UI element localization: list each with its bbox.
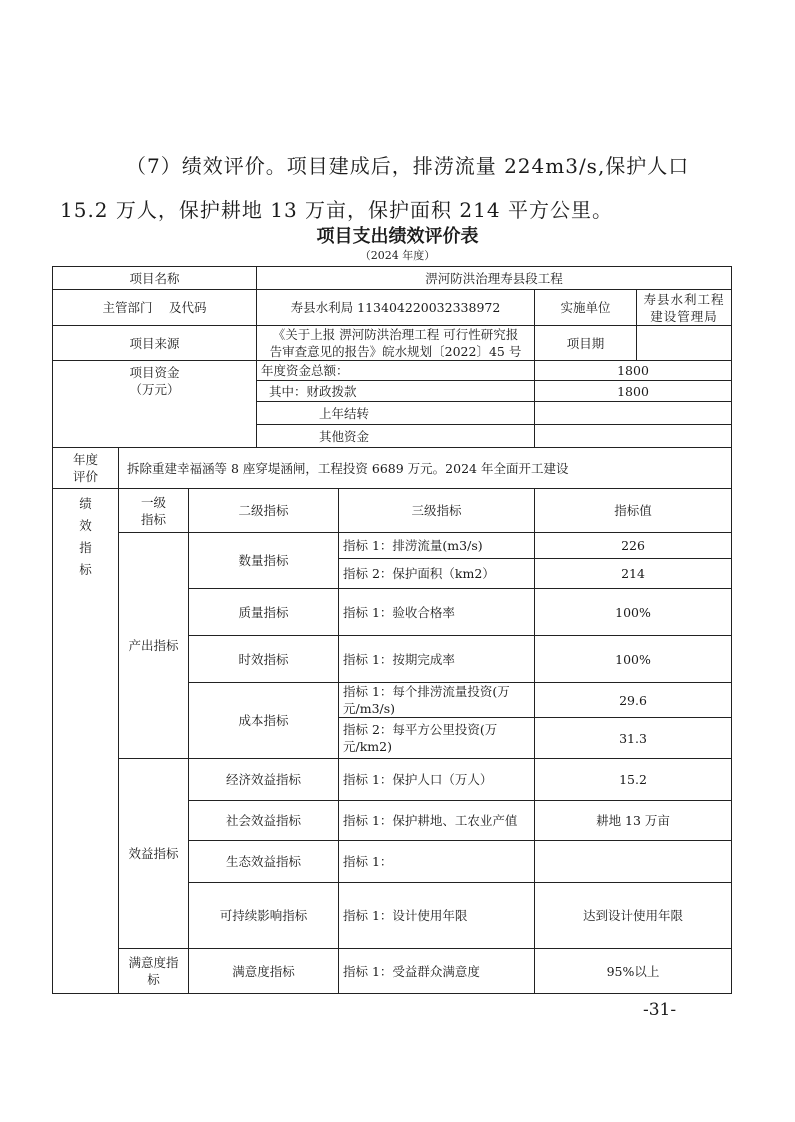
funds-carryover-label: 上年结转 — [256, 401, 535, 425]
annual-eval-label-line2: 评价 — [73, 468, 98, 485]
funds-label: 项目资金 （万元） — [52, 360, 257, 448]
level3-cell: 指标 1：验收合格率 — [338, 588, 535, 636]
value-cell: 31.3 — [534, 717, 732, 759]
funds-total-label: 年度资金总额： — [256, 360, 535, 381]
funds-other-label: 其他资金 — [256, 424, 535, 448]
quantity-indicator: 数量指标 — [188, 532, 339, 589]
annual-eval-label: 年度 评价 — [52, 447, 119, 489]
period-label: 项目期 — [534, 325, 637, 361]
level3-cell: 指标 1：按期完成率 — [338, 635, 535, 683]
ecological-benefit-indicator: 生态效益指标 — [188, 840, 339, 883]
side-char: 绩 — [79, 493, 92, 515]
benefit-indicators-label: 效益指标 — [118, 758, 189, 949]
project-name-value: 淠河防洪治理寿县段工程 — [256, 266, 732, 290]
source-label: 项目来源 — [52, 325, 257, 361]
level3-cell: 指标 2：保护面积（km2） — [338, 558, 535, 589]
value-cell: 95%以上 — [534, 948, 732, 994]
col-header-level3: 三级指标 — [338, 488, 535, 533]
sustainability-indicator: 可持续影响指标 — [188, 882, 339, 949]
source-value: 《关于上报 淠河防洪治理工程 可行性研究报告审查意见的报告》皖水规划〔2022〕… — [256, 325, 535, 361]
level3-cell: 指标 1： — [338, 840, 535, 883]
side-char: 指 — [79, 537, 92, 559]
level3-cell: 指标 2：每平方公里投资(万元/km2) — [338, 717, 535, 759]
table-subtitle: （2024 年度） — [0, 247, 795, 263]
col-header-level2: 二级指标 — [188, 488, 339, 533]
project-name-label: 项目名称 — [52, 266, 257, 290]
value-cell: 100% — [534, 588, 732, 636]
value-cell — [534, 840, 732, 883]
output-indicators-label: 产出指标 — [118, 532, 189, 759]
impl-unit-value: 寿县水利工程建设管理局 — [636, 289, 732, 326]
value-cell: 226 — [534, 532, 732, 559]
cost-indicator: 成本指标 — [188, 682, 339, 759]
value-cell: 29.6 — [534, 682, 732, 718]
col-header-level1-line1: 一级 — [141, 494, 166, 511]
annual-eval-label-line1: 年度 — [73, 451, 98, 468]
level3-cell: 指标 1：设计使用年限 — [338, 882, 535, 949]
funds-other-value — [534, 424, 732, 448]
value-cell: 100% — [534, 635, 732, 683]
side-char: 效 — [79, 515, 92, 537]
funds-fiscal-label: 其中：财政拨款 — [256, 380, 535, 402]
value-cell: 耕地 13 万亩 — [534, 800, 732, 841]
level3-cell: 指标 1：保护人口（万人） — [338, 758, 535, 801]
side-char: 标 — [79, 559, 92, 581]
timeliness-indicator: 时效指标 — [188, 635, 339, 683]
economic-benefit-indicator: 经济效益指标 — [188, 758, 339, 801]
impl-unit-label: 实施单位 — [534, 289, 637, 326]
quality-indicator: 质量指标 — [188, 588, 339, 636]
level3-cell: 指标 1：保护耕地、工农业产值 — [338, 800, 535, 841]
level3-cell: 指标 1：受益群众满意度 — [338, 948, 535, 994]
value-cell: 214 — [534, 558, 732, 589]
annual-eval-text: 拆除重建幸福涵等 8 座穿堤涵闸，工程投资 6689 万元。2024 年全面开工… — [118, 447, 732, 489]
satisfaction-indicators-label: 满意度指标 — [118, 948, 189, 994]
table-title: 项目支出绩效评价表 — [0, 222, 795, 248]
level3-cell: 指标 1：排涝流量(m3/s) — [338, 532, 535, 559]
page-number: -31- — [643, 1000, 676, 1020]
value-cell: 15.2 — [534, 758, 732, 801]
funds-carryover-value — [534, 401, 732, 425]
level3-cell: 指标 1：每个排涝流量投资(万元/m3/s) — [338, 682, 535, 718]
value-cell: 达到设计使用年限 — [534, 882, 732, 949]
funds-label-line2: （万元） — [129, 381, 179, 398]
funds-total-value: 1800 — [534, 360, 732, 381]
funds-label-line1: 项目资金 — [129, 364, 179, 381]
social-benefit-indicator: 社会效益指标 — [188, 800, 339, 841]
col-header-level1-line2: 指标 — [141, 511, 166, 528]
col-header-value: 指标值 — [534, 488, 732, 533]
indicators-side-label: 绩 效 指 标 — [52, 488, 119, 994]
performance-paragraph-line1: （7）绩效评价。项目建成后，排涝流量 224m3/s,保护人口 — [60, 144, 700, 188]
period-value — [636, 325, 732, 361]
col-header-level1: 一级 指标 — [118, 488, 189, 533]
funds-fiscal-value: 1800 — [534, 380, 732, 402]
satisfaction-indicator: 满意度指标 — [188, 948, 339, 994]
dept-label: 主管部门 及代码 — [52, 289, 257, 326]
dept-value: 寿县水利局 113404220032338972 — [256, 289, 535, 326]
